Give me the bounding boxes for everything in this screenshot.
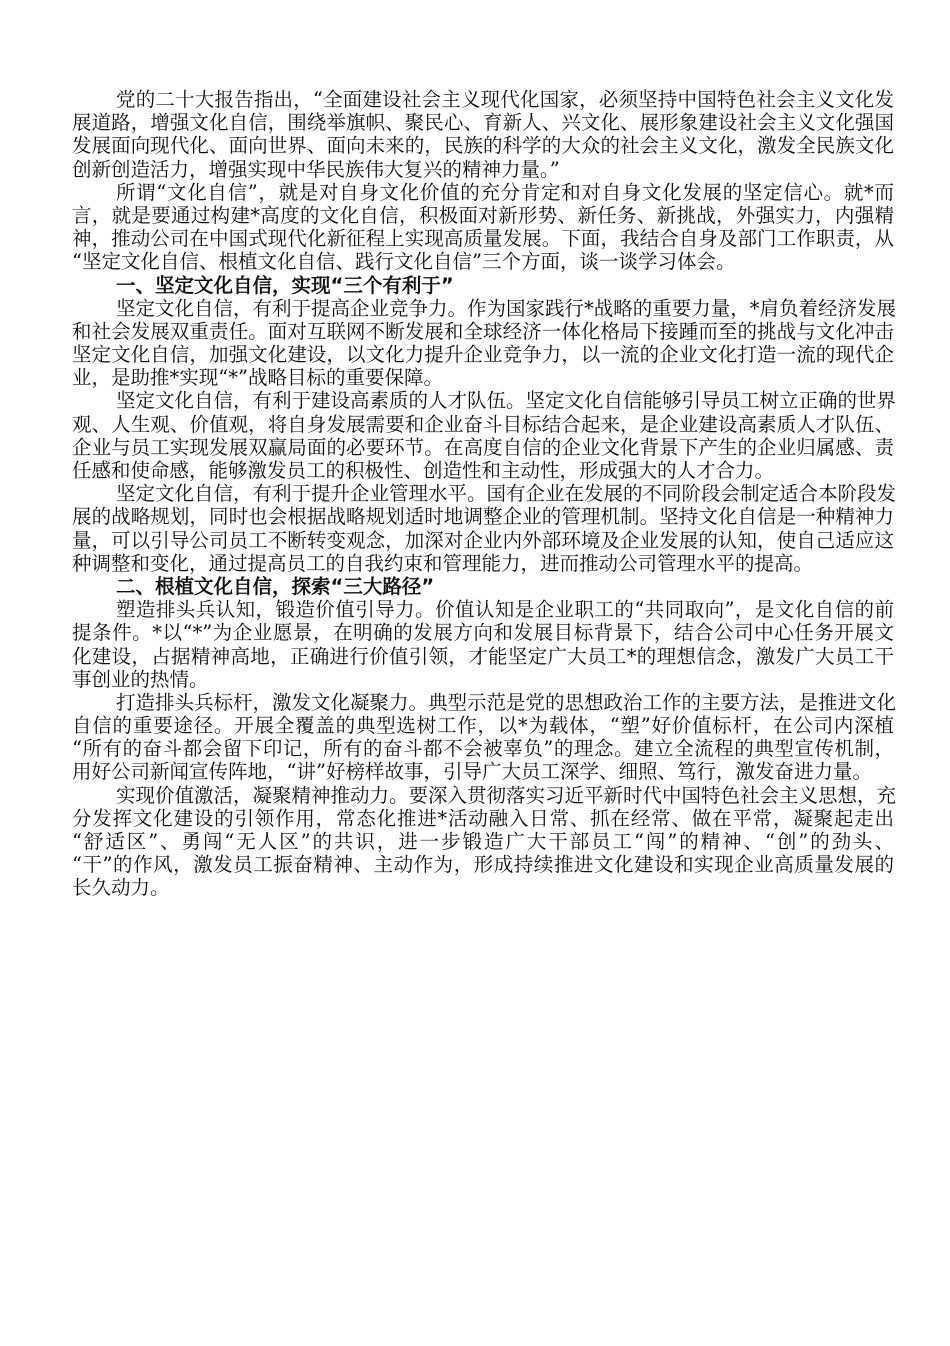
text-line: 提条件。*以“*”为企业愿景，在明确的发展方向和发展目标背景下，结合公司中心任务… bbox=[72, 621, 894, 644]
text-line: 分发挥文化建设的引领作用，常态化推进*活动融入日常、抓在经常、做在平常，凝聚起走… bbox=[72, 807, 894, 830]
text-line: 坚定文化自信，有利于建设高素质的人才队伍。坚定文化自信能够引导员工树立正确的世界 bbox=[72, 389, 894, 412]
paragraph-competitiveness: 坚定文化自信，有利于提高企业竞争力。作为国家践行*战略的重要力量，*肩负着经济发… bbox=[72, 297, 894, 390]
text-line: 发展面向现代化、面向世界、面向未来的，民族的科学的大众的社会主义文化，激发全民族… bbox=[72, 134, 894, 157]
paragraph-activation: 实现价值激活，凝聚精神推动力。要深入贯彻落实习近平新时代中国特色社会主义思想，充… bbox=[72, 784, 894, 900]
text-line: “舒适区”、勇闯“无人区”的共识，进一步锻造广大干部员工“闯”的精神、“创”的劲… bbox=[72, 830, 894, 853]
section-heading-2: 二、根植文化自信，探索“三大路径” bbox=[72, 575, 894, 598]
text-line: 塑造排头兵认知，锻造价值引导力。价值认知是企业职工的“共同取向”，是文化自信的前 bbox=[72, 598, 894, 621]
paragraph-talent: 坚定文化自信，有利于建设高素质的人才队伍。坚定文化自信能够引导员工树立正确的世界… bbox=[72, 389, 894, 482]
text-line: 言，就是要通过构建*高度的文化自信，积极面对新形势、新任务、新挑战，外强实力，内… bbox=[72, 204, 894, 227]
paragraph-definition: 所谓“文化自信”，就是对自身文化价值的充分肯定和对自身文化发展的坚定信心。就*而… bbox=[72, 181, 894, 274]
text-line: 用好公司新闻宣传阵地，“讲”好榜样故事，引导广大员工深学、细照、笃行，激发奋进力… bbox=[72, 760, 894, 783]
text-line: 所谓“文化自信”，就是对自身文化价值的充分肯定和对自身文化发展的坚定信心。就*而 bbox=[72, 181, 894, 204]
paragraph-benchmark: 打造排头兵标杆，激发文化凝聚力。典型示范是党的思想政治工作的主要方法，是推进文化… bbox=[72, 691, 894, 784]
text-line: 种调整和变化，通过提高员工的自我约束和管理能力，进而推动公司管理水平的提高。 bbox=[72, 552, 894, 575]
text-line: 长久动力。 bbox=[72, 876, 894, 899]
text-line: 党的二十大报告指出，“全面建设社会主义现代化国家，必须坚持中国特色社会主义文化发 bbox=[72, 88, 894, 111]
text-line: 自信的重要途径。开展全覆盖的典型选树工作，以*为载体，“塑”好价值标杆，在公司内… bbox=[72, 714, 894, 737]
text-line: 坚定文化自信，加强文化建设，以文化力提升企业竞争力，以一流的企业文化打造一流的现… bbox=[72, 343, 894, 366]
paragraph-management: 坚定文化自信，有利于提升企业管理水平。国有企业在发展的不同阶段会制定适合本阶段发… bbox=[72, 482, 894, 575]
paragraph-cognition: 塑造排头兵认知，锻造价值引导力。价值认知是企业职工的“共同取向”，是文化自信的前… bbox=[72, 598, 894, 691]
text-line: “所有的奋斗都会留下印记，所有的奋斗都不会被辜负”的理念。建立全流程的典型宣传机… bbox=[72, 737, 894, 760]
text-line: 神，推动公司在中国式现代化新征程上实现高质量发展。下面，我结合自身及部门工作职责… bbox=[72, 227, 894, 250]
text-line: “坚定文化自信、根植文化自信、践行文化自信”三个方面，谈一谈学习体会。 bbox=[72, 250, 894, 273]
heading-text: 二、根植文化自信，探索“三大路径” bbox=[72, 575, 894, 598]
text-line: 任感和使命感，能够激发员工的积极性、创造性和主动性，形成强大的人才合力。 bbox=[72, 459, 894, 482]
text-line: 观、人生观、价值观，将自身发展需要和企业奋斗目标结合起来，是企业建设高素质人才队… bbox=[72, 413, 894, 436]
text-line: 实现价值激活，凝聚精神推动力。要深入贯彻落实习近平新时代中国特色社会主义思想，充 bbox=[72, 784, 894, 807]
text-line: 展的战略规划，同时也会根据战略规划适时地调整企业的管理机制。坚持文化自信是一种精… bbox=[72, 505, 894, 528]
section-heading-1: 一、坚定文化自信，实现“三个有利于” bbox=[72, 274, 894, 297]
text-line: 打造排头兵标杆，激发文化凝聚力。典型示范是党的思想政治工作的主要方法，是推进文化 bbox=[72, 691, 894, 714]
document-page: 党的二十大报告指出，“全面建设社会主义现代化国家，必须坚持中国特色社会主义文化发… bbox=[72, 88, 894, 900]
text-line: 展道路，增强文化自信，围绕举旗帜、聚民心、育新人、兴文化、展形象建设社会主义文化… bbox=[72, 111, 894, 134]
text-line: 创新创造活力，增强实现中华民族伟大复兴的精神力量。” bbox=[72, 158, 894, 181]
text-line: 量，可以引导公司员工不断转变观念，加深对企业内外部环境及企业发展的认知，使自己适… bbox=[72, 529, 894, 552]
text-line: 业，是助推*实现“*”战略目标的重要保障。 bbox=[72, 366, 894, 389]
text-line: 化建设，占据精神高地，正确进行价值引领，才能坚定广大员工*的理想信念，激发广大员… bbox=[72, 645, 894, 668]
text-line: “干”的作风，激发员工振奋精神、主动作为，形成持续推进文化建设和实现企业高质量发… bbox=[72, 853, 894, 876]
text-line: 坚定文化自信，有利于提升企业管理水平。国有企业在发展的不同阶段会制定适合本阶段发 bbox=[72, 482, 894, 505]
text-line: 事创业的热情。 bbox=[72, 668, 894, 691]
text-line: 和社会发展双重责任。面对互联网不断发展和全球经济一体化格局下接踵而至的挑战与文化… bbox=[72, 320, 894, 343]
paragraph-intro: 党的二十大报告指出，“全面建设社会主义现代化国家，必须坚持中国特色社会主义文化发… bbox=[72, 88, 894, 181]
text-line: 坚定文化自信，有利于提高企业竞争力。作为国家践行*战略的重要力量，*肩负着经济发… bbox=[72, 297, 894, 320]
text-line: 企业与员工实现发展双赢局面的必要环节。在高度自信的企业文化背景下产生的企业归属感… bbox=[72, 436, 894, 459]
heading-text: 一、坚定文化自信，实现“三个有利于” bbox=[72, 274, 894, 297]
